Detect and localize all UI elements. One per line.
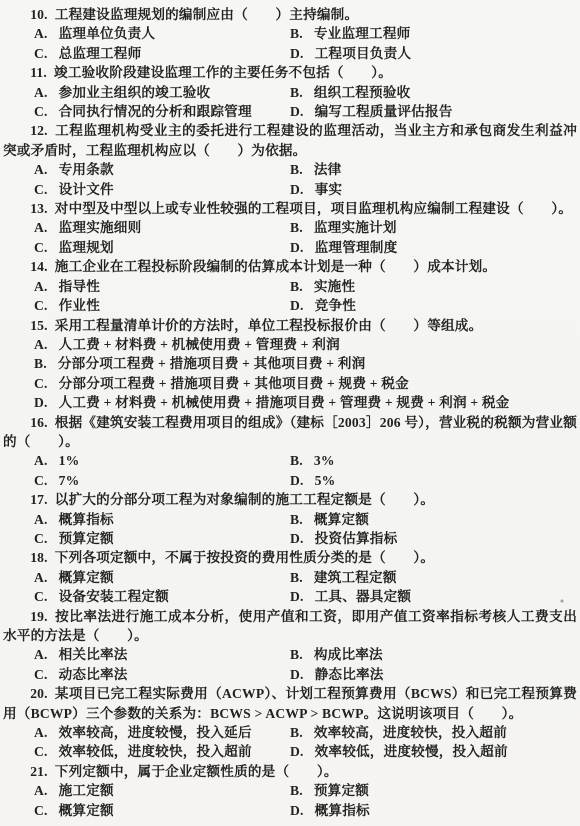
option-cell: A.1% xyxy=(34,451,290,470)
option-label: B. xyxy=(290,647,303,662)
question-text: 工程监理机构受业主的委托进行工程建设的监理活动，当业主方和承包商发生利益冲突或矛… xyxy=(3,123,577,157)
question-number: 11. xyxy=(30,65,47,80)
option-text: 相关比率法 xyxy=(59,647,128,662)
option-label: A. xyxy=(34,570,48,585)
option-label: D. xyxy=(290,667,304,682)
option-text: 工具、器具定额 xyxy=(315,589,412,604)
option-cell: C.分部分项工程费 + 措施项目费 + 其他项目费 + 规费 + 税金 xyxy=(34,376,409,391)
option-text: 监理管理制度 xyxy=(315,240,398,255)
option-cell: B.组织工程预验收 xyxy=(290,83,410,102)
option-cell: D.投资估算指标 xyxy=(290,529,397,548)
option-label: D. xyxy=(290,104,304,119)
option-label: C. xyxy=(34,803,48,818)
question-block: 13.对中型及中型以上或专业性较强的工程项目，项目监理机构应编制工程建设（ ）。… xyxy=(3,199,577,257)
option-cell: A.人工费 + 材料费 + 机械使用费 + 管理费 + 利润 xyxy=(34,337,340,352)
option-text: 监理实施细则 xyxy=(59,220,142,235)
option-cell: B.实施性 xyxy=(290,277,355,296)
question-text: 施工企业在工程投标阶段编制的估算成本计划是一种（ ）成本计划。 xyxy=(55,259,496,274)
question-number: 12. xyxy=(30,123,48,138)
option-label: A. xyxy=(34,647,48,662)
question-text: 工程建设监理规划的编制应由（ ）主持编制。 xyxy=(55,7,358,22)
option-cell: B.专业监理工程师 xyxy=(290,24,410,43)
option-row: C.合同执行情况的分析和跟踪管理D.编写工程质量评估报告 xyxy=(3,102,577,121)
question-block: 17.以扩大的分部分项工程为对象编制的施工工程定额是（ ）。A.概算指标B.概算… xyxy=(3,490,577,548)
option-label: D. xyxy=(290,803,304,818)
question-block: 18.下列各项定额中，不属于按投资的费用性质分类的是（ ）。A.概算定额B.建筑… xyxy=(3,548,577,606)
question-block: 12.工程监理机构受业主的委托进行工程建设的监理活动，当业主方和承包商发生利益冲… xyxy=(3,121,577,199)
option-row: A.施工定额B.预算定额 xyxy=(3,781,577,800)
option-text: 分部分项工程费 + 措施项目费 + 其他项目费 + 利润 xyxy=(58,356,366,371)
option-label: C. xyxy=(34,240,48,255)
option-cell: A.监理单位负责人 xyxy=(34,24,290,43)
option-text: 概算定额 xyxy=(59,570,114,585)
option-cell: D.静态比率法 xyxy=(290,665,384,684)
question-number: 14. xyxy=(30,259,48,274)
question-number: 13. xyxy=(30,201,48,216)
option-text: 总监理工程师 xyxy=(59,46,142,61)
question-number: 20. xyxy=(30,686,48,701)
option-row: C.动态比率法D.静态比率法 xyxy=(3,665,577,684)
option-text: 编写工程质量评估报告 xyxy=(315,104,453,119)
option-cell: C.概算定额 xyxy=(34,801,290,820)
option-row: C.预算定额D.投资估算指标 xyxy=(3,529,577,548)
option-text: 事实 xyxy=(315,182,343,197)
option-label: C. xyxy=(34,744,48,759)
option-row: C.作业性D.竞争性 xyxy=(3,296,577,315)
option-cell: D.效率较低，进度较慢，投入超前 xyxy=(290,742,508,761)
option-cell: D.编写工程质量评估报告 xyxy=(290,102,453,121)
option-line: D.人工费 + 材料费 + 机械使用费 + 措施项目费 + 管理费 + 规费 +… xyxy=(3,393,577,412)
option-label: C. xyxy=(34,589,48,604)
option-text: 设备安装工程定额 xyxy=(59,589,169,604)
option-cell: A.参加业主组织的竣工验收 xyxy=(34,83,290,102)
option-cell: A.监理实施细则 xyxy=(34,218,290,237)
option-label: A. xyxy=(34,783,48,798)
option-cell: C.效率较低，进度较快，投入超前 xyxy=(34,742,290,761)
option-label: D. xyxy=(290,531,304,546)
option-text: 5% xyxy=(315,473,336,488)
option-text: 监理规划 xyxy=(59,240,114,255)
option-row: C.7%D.5% xyxy=(3,471,577,490)
option-text: 作业性 xyxy=(59,298,100,313)
option-cell: D.5% xyxy=(290,471,335,490)
option-line: A.人工费 + 材料费 + 机械使用费 + 管理费 + 利润 xyxy=(3,335,577,354)
option-cell: C.合同执行情况的分析和跟踪管理 xyxy=(34,102,290,121)
question-stem: 16.根据《建筑安装工程费用项目的组成》（建标［2003］206 号），营业税的… xyxy=(3,413,577,452)
option-cell: C.设备安装工程定额 xyxy=(34,587,290,606)
option-cell: B.预算定额 xyxy=(290,781,369,800)
question-stem: 18.下列各项定额中，不属于按投资的费用性质分类的是（ ）。 xyxy=(3,548,577,567)
option-row: C.设计文件D.事实 xyxy=(3,180,577,199)
option-cell: A.指导性 xyxy=(34,277,290,296)
question-text: 某项目已完工程实际费用（ACWP）、计划工程预算费用（BCWS）和已完工程预算费… xyxy=(3,686,577,720)
option-label: A. xyxy=(34,453,48,468)
option-row: A.1%B.3% xyxy=(3,451,577,470)
option-cell: A.专用条款 xyxy=(34,160,290,179)
option-text: 效率较低，进度较慢，投入超前 xyxy=(315,744,508,759)
question-number: 10. xyxy=(30,7,48,22)
option-text: 监理单位负责人 xyxy=(59,26,156,41)
option-text: 组织工程预验收 xyxy=(314,85,411,100)
question-stem: 14.施工企业在工程投标阶段编制的估算成本计划是一种（ ）成本计划。 xyxy=(3,257,577,276)
option-label: C. xyxy=(34,376,48,391)
option-cell: C.作业性 xyxy=(34,296,290,315)
option-label: B. xyxy=(290,725,303,740)
option-text: 指导性 xyxy=(59,279,100,294)
option-label: B. xyxy=(290,162,303,177)
question-stem: 21.下列定额中，属于企业定额性质的是（ ）。 xyxy=(3,762,577,781)
question-block: 11.竣工验收阶段建设监理工作的主要任务不包括（ ）。A.参加业主组织的竣工验收… xyxy=(3,63,577,121)
option-text: 建筑工程定额 xyxy=(314,570,397,585)
question-text: 采用工程量清单计价的方法时，单位工程投标报价由（ ）等组成。 xyxy=(55,318,483,333)
option-text: 竞争性 xyxy=(315,298,356,313)
option-label: C. xyxy=(34,473,48,488)
option-text: 7% xyxy=(59,473,80,488)
option-line: C.分部分项工程费 + 措施项目费 + 其他项目费 + 规费 + 税金 xyxy=(3,374,577,393)
option-text: 专用条款 xyxy=(59,162,114,177)
question-text: 以扩大的分部分项工程为对象编制的施工工程定额是（ ）。 xyxy=(55,492,434,507)
option-label: A. xyxy=(34,162,48,177)
option-label: B. xyxy=(290,570,303,585)
option-text: 概算指标 xyxy=(59,512,114,527)
option-cell: D.事实 xyxy=(290,180,342,199)
question-number: 18. xyxy=(30,550,48,565)
question-number: 17. xyxy=(30,492,48,507)
question-number: 19. xyxy=(30,609,48,624)
option-label: C. xyxy=(34,667,48,682)
question-text: 根据《建筑安装工程费用项目的组成》（建标［2003］206 号），营业税的税额为… xyxy=(3,415,577,449)
option-cell: B.构成比率法 xyxy=(290,645,383,664)
option-text: 预算定额 xyxy=(314,783,369,798)
option-label: A. xyxy=(34,85,48,100)
option-text: 1% xyxy=(59,453,80,468)
question-text: 下列定额中，属于企业定额性质的是（ ）。 xyxy=(55,764,338,779)
option-row: A.监理实施细则B.监理实施计划 xyxy=(3,218,577,237)
option-text: 人工费 + 材料费 + 机械使用费 + 措施项目费 + 管理费 + 规费 + 利… xyxy=(59,395,510,410)
option-cell: A.概算定额 xyxy=(34,568,290,587)
option-label: D. xyxy=(290,473,304,488)
option-text: 预算定额 xyxy=(59,531,114,546)
exam-page: 10.工程建设监理规划的编制应由（ ）主持编制。A.监理单位负责人B.专业监理工… xyxy=(0,0,580,826)
question-number: 21. xyxy=(30,764,48,779)
option-label: B. xyxy=(290,26,303,41)
option-row: C.监理规划D.监理管理制度 xyxy=(3,238,577,257)
option-cell: B.法律 xyxy=(290,160,341,179)
option-line: B.分部分项工程费 + 措施项目费 + 其他项目费 + 利润 xyxy=(3,354,577,373)
option-label: B. xyxy=(290,85,303,100)
option-text: 动态比率法 xyxy=(59,667,128,682)
option-label: A. xyxy=(34,279,48,294)
option-label: D. xyxy=(290,298,304,313)
option-cell: A.概算指标 xyxy=(34,510,290,529)
option-row: A.监理单位负责人B.专业监理工程师 xyxy=(3,24,577,43)
option-text: 效率较高，进度较慢，投入延后 xyxy=(59,725,252,740)
option-row: A.指导性B.实施性 xyxy=(3,277,577,296)
option-text: 概算定额 xyxy=(314,512,369,527)
option-text: 监理实施计划 xyxy=(314,220,397,235)
question-block: 15.采用工程量清单计价的方法时，单位工程投标报价由（ ）等组成。A.人工费 +… xyxy=(3,316,577,413)
option-text: 专业监理工程师 xyxy=(314,26,411,41)
question-number: 16. xyxy=(30,415,48,430)
question-text: 按比率法进行施工成本分析，使用产值和工资，即用产值工资率指标考核人工费支出水平的… xyxy=(3,609,577,643)
option-text: 工程项目负责人 xyxy=(315,46,412,61)
option-text: 概算定额 xyxy=(59,803,114,818)
option-label: D. xyxy=(290,46,304,61)
option-label: B. xyxy=(290,512,303,527)
option-label: A. xyxy=(34,337,48,352)
option-cell: B.建筑工程定额 xyxy=(290,568,397,587)
option-label: D. xyxy=(290,240,304,255)
question-stem: 20.某项目已完工程实际费用（ACWP）、计划工程预算费用（BCWS）和已完工程… xyxy=(3,684,577,723)
question-text: 竣工验收阶段建设监理工作的主要任务不包括（ ）。 xyxy=(54,65,392,80)
option-row: C.设备安装工程定额D.工具、器具定额 xyxy=(3,587,577,606)
option-text: 实施性 xyxy=(314,279,355,294)
option-cell: D.概算指标 xyxy=(290,801,370,820)
option-cell: D.监理管理制度 xyxy=(290,238,397,257)
question-stem: 19.按比率法进行施工成本分析，使用产值和工资，即用产值工资率指标考核人工费支出… xyxy=(3,607,577,646)
option-row: C.效率较低，进度较快，投入超前D.效率较低，进度较慢，投入超前 xyxy=(3,742,577,761)
question-block: 16.根据《建筑安装工程费用项目的组成》（建标［2003］206 号），营业税的… xyxy=(3,413,577,491)
option-text: 施工定额 xyxy=(59,783,114,798)
question-stem: 11.竣工验收阶段建设监理工作的主要任务不包括（ ）。 xyxy=(3,63,577,82)
option-cell: D.人工费 + 材料费 + 机械使用费 + 措施项目费 + 管理费 + 规费 +… xyxy=(34,395,509,410)
option-text: 投资估算指标 xyxy=(315,531,398,546)
option-row: A.概算定额B.建筑工程定额 xyxy=(3,568,577,587)
option-cell: A.相关比率法 xyxy=(34,645,290,664)
question-block: 10.工程建设监理规划的编制应由（ ）主持编制。A.监理单位负责人B.专业监理工… xyxy=(3,5,577,63)
question-stem: 10.工程建设监理规划的编制应由（ ）主持编制。 xyxy=(3,5,577,24)
question-stem: 12.工程监理机构受业主的委托进行工程建设的监理活动，当业主方和承包商发生利益冲… xyxy=(3,121,577,160)
option-text: 静态比率法 xyxy=(315,667,384,682)
option-label: D. xyxy=(290,589,304,604)
option-row: A.概算指标B.概算定额 xyxy=(3,510,577,529)
option-cell: A.效率较高，进度较慢，投入延后 xyxy=(34,723,290,742)
option-cell: B.监理实施计划 xyxy=(290,218,397,237)
option-text: 效率较高，进度较快，投入超前 xyxy=(314,725,507,740)
option-row: A.效率较高，进度较慢，投入延后B.效率较高，进度较快，投入超前 xyxy=(3,723,577,742)
option-label: C. xyxy=(34,531,48,546)
option-text: 效率较低，进度较快，投入超前 xyxy=(59,744,252,759)
option-text: 法律 xyxy=(314,162,342,177)
option-label: C. xyxy=(34,46,48,61)
question-text: 下列各项定额中，不属于按投资的费用性质分类的是（ ）。 xyxy=(55,550,434,565)
option-cell: D.工具、器具定额 xyxy=(290,587,411,606)
option-row: C.总监理工程师D.工程项目负责人 xyxy=(3,44,577,63)
option-cell: B.分部分项工程费 + 措施项目费 + 其他项目费 + 利润 xyxy=(34,356,365,371)
option-row: A.相关比率法B.构成比率法 xyxy=(3,645,577,664)
option-text: 合同执行情况的分析和跟踪管理 xyxy=(59,104,252,119)
question-block: 20.某项目已完工程实际费用（ACWP）、计划工程预算费用（BCWS）和已完工程… xyxy=(3,684,577,762)
option-cell: C.动态比率法 xyxy=(34,665,290,684)
option-label: D. xyxy=(34,395,48,410)
option-label: B. xyxy=(290,783,303,798)
question-block: 19.按比率法进行施工成本分析，使用产值和工资，即用产值工资率指标考核人工费支出… xyxy=(3,607,577,685)
option-cell: B.3% xyxy=(290,451,335,470)
option-text: 参加业主组织的竣工验收 xyxy=(59,85,211,100)
option-cell: B.效率较高，进度较快，投入超前 xyxy=(290,723,507,742)
option-text: 概算指标 xyxy=(315,803,370,818)
option-text: 构成比率法 xyxy=(314,647,383,662)
question-text: 对中型及中型以上或专业性较强的工程项目，项目监理机构应编制工程建设（ ）。 xyxy=(55,201,572,216)
option-text: 3% xyxy=(314,453,335,468)
option-label: D. xyxy=(290,744,304,759)
question-stem: 15.采用工程量清单计价的方法时，单位工程投标报价由（ ）等组成。 xyxy=(3,316,577,335)
question-stem: 17.以扩大的分部分项工程为对象编制的施工工程定额是（ ）。 xyxy=(3,490,577,509)
option-cell: C.监理规划 xyxy=(34,238,290,257)
option-cell: B.概算定额 xyxy=(290,510,369,529)
option-label: B. xyxy=(290,220,303,235)
option-cell: D.工程项目负责人 xyxy=(290,44,411,63)
option-label: C. xyxy=(34,182,48,197)
option-row: A.专用条款B.法律 xyxy=(3,160,577,179)
option-cell: C.设计文件 xyxy=(34,180,290,199)
option-label: B. xyxy=(290,279,303,294)
option-label: A. xyxy=(34,512,48,527)
option-cell: C.总监理工程师 xyxy=(34,44,290,63)
option-label: A. xyxy=(34,725,48,740)
option-text: 设计文件 xyxy=(59,182,114,197)
question-block: 21.下列定额中，属于企业定额性质的是（ ）。A.施工定额B.预算定额C.概算定… xyxy=(3,762,577,820)
option-text: 人工费 + 材料费 + 机械使用费 + 管理费 + 利润 xyxy=(59,337,340,352)
question-stem: 13.对中型及中型以上或专业性较强的工程项目，项目监理机构应编制工程建设（ ）。 xyxy=(3,199,577,218)
option-cell: C.7% xyxy=(34,471,290,490)
option-label: B. xyxy=(290,453,303,468)
option-cell: D.竞争性 xyxy=(290,296,356,315)
option-label: A. xyxy=(34,220,48,235)
option-label: D. xyxy=(290,182,304,197)
option-label: C. xyxy=(34,298,48,313)
option-label: A. xyxy=(34,26,48,41)
option-cell: A.施工定额 xyxy=(34,781,290,800)
question-block: 14.施工企业在工程投标阶段编制的估算成本计划是一种（ ）成本计划。A.指导性B… xyxy=(3,257,577,315)
option-cell: C.预算定额 xyxy=(34,529,290,548)
option-label: B. xyxy=(34,356,47,371)
option-label: C. xyxy=(34,104,48,119)
option-row: C.概算定额D.概算指标 xyxy=(3,801,577,820)
question-number: 15. xyxy=(30,318,48,333)
option-text: 分部分项工程费 + 措施项目费 + 其他项目费 + 规费 + 税金 xyxy=(59,376,409,391)
option-row: A.参加业主组织的竣工验收B.组织工程预验收 xyxy=(3,83,577,102)
